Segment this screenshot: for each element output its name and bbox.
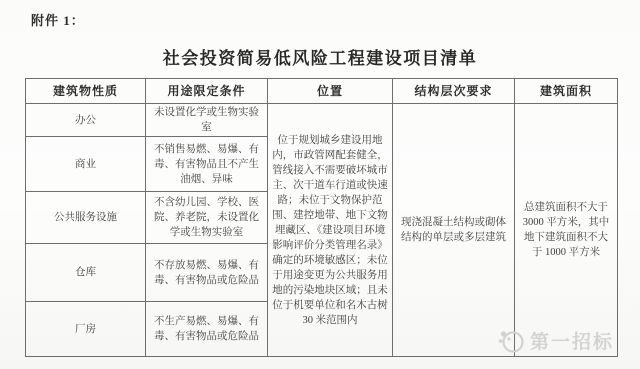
col-header-structure-requirements: 结构层次要求 bbox=[393, 79, 515, 104]
attachment-label: 附件 1： bbox=[31, 10, 85, 29]
table-row-office: 办公 未设置化学或生物实验室 位于规划城乡建设用地内，市政管网配套健全，管线接入… bbox=[26, 104, 618, 137]
col-header-location: 位置 bbox=[268, 79, 393, 104]
col-header-floor-area: 建筑面积 bbox=[515, 79, 618, 104]
project-list-table: 建筑物性质 用途限定条件 位置 结构层次要求 建筑面积 办公 未设置化学或生物实… bbox=[25, 78, 618, 357]
col-header-building-nature: 建筑物性质 bbox=[26, 79, 146, 104]
cell-nature-commercial: 商业 bbox=[26, 137, 146, 192]
document-page: 附件 1： 社会投资简易低风险工程建设项目清单 建筑物性质 用途限定条件 位置 … bbox=[0, 0, 640, 369]
table-header-row: 建筑物性质 用途限定条件 位置 结构层次要求 建筑面积 bbox=[26, 79, 618, 104]
col-header-usage-conditions: 用途限定条件 bbox=[146, 79, 268, 104]
cell-condition-factory: 不生产易燃、易爆、有毒、有害物品或危险品 bbox=[146, 302, 268, 357]
cell-condition-warehouse: 不存放易燃、易爆、有毒、有害物品或危险品 bbox=[146, 244, 268, 302]
cell-nature-warehouse: 仓库 bbox=[26, 244, 146, 302]
cell-nature-public-service: 公共服务设施 bbox=[26, 192, 146, 244]
cell-location-merged: 位于规划城乡建设用地内，市政管网配套健全，管线接入不需要破坏城市主、次干道车行道… bbox=[268, 104, 393, 357]
page-title: 社会投资简易低风险工程建设项目清单 bbox=[0, 44, 640, 69]
cell-nature-factory: 厂房 bbox=[26, 302, 146, 357]
cell-nature-office: 办公 bbox=[26, 104, 146, 137]
cell-condition-office: 未设置化学或生物实验室 bbox=[146, 104, 268, 137]
cell-area-merged: 总建筑面积不大于 3000 平方米，其中地下建筑面积不大于 1000 平方米 bbox=[515, 104, 618, 357]
cell-condition-commercial: 不销售易燃、易爆、有毒、有害物品且不产生油烟、异味 bbox=[146, 137, 268, 192]
cell-condition-public-service: 不含幼儿园、学校、医院、养老院，未设置化学或生物实验室 bbox=[146, 192, 268, 244]
cell-structure-merged: 现浇混凝土结构或砌体结构的单层或多层建筑 bbox=[393, 104, 515, 357]
